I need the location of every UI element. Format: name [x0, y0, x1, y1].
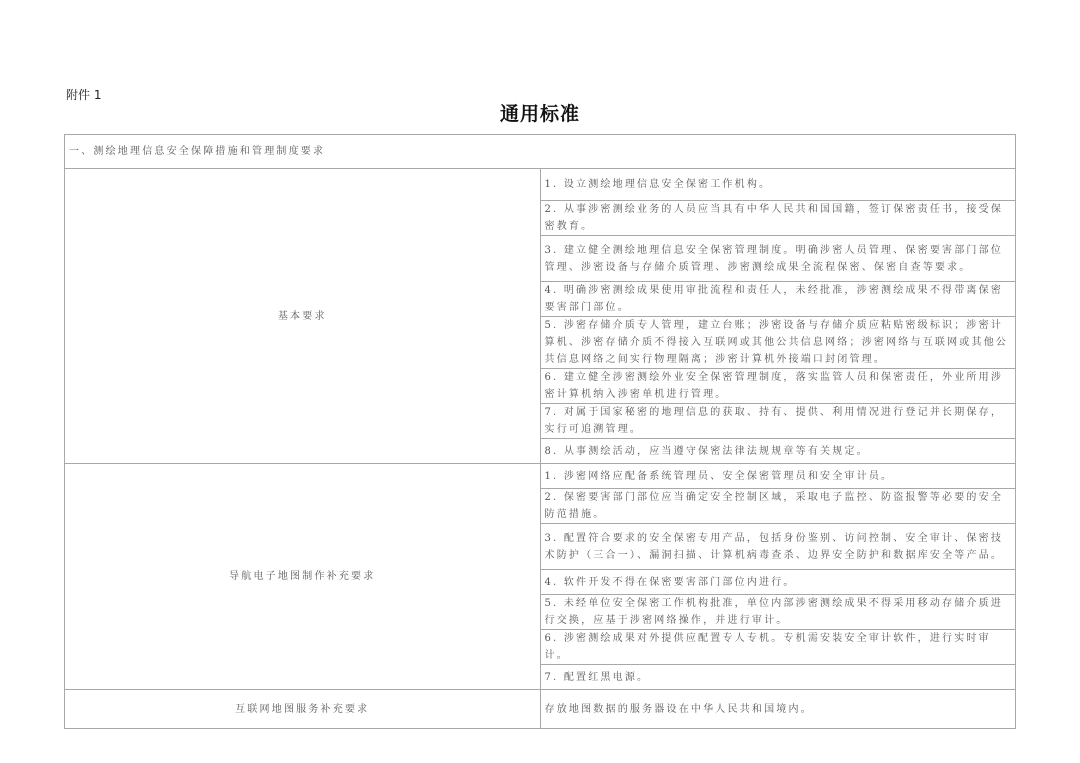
requirement-item: 5. 未经单位安全保密工作机构批准，单位内部涉密测绘成果不得采用移动存储介质进行… [540, 595, 1016, 630]
requirement-item: 1. 涉密网络应配备系统管理员、安全保密管理员和安全审计员。 [540, 464, 1016, 489]
requirement-item: 3. 建立健全测绘地理信息安全保密管理制度。明确涉密人员管理、保密要害部门部位管… [540, 236, 1016, 282]
requirement-item: 6. 涉密测绘成果对外提供应配置专人专机。专机需安装安全审计软件，进行实时审计。 [540, 630, 1016, 665]
category-basic-requirements: 基本要求 [65, 169, 541, 464]
document-title: 通用标准 [0, 99, 1080, 126]
requirement-item: 7. 对属于国家秘密的地理信息的获取、持有、提供、利用情况进行登记并长期保存，实… [540, 404, 1016, 439]
section-heading: 一、测绘地理信息安全保障措施和管理制度要求 [65, 135, 1016, 169]
requirement-item: 4. 明确涉密测绘成果使用审批流程和责任人，未经批准，涉密测绘成果不得带离保密要… [540, 282, 1016, 317]
requirement-item: 5. 涉密存储介质专人管理，建立台账；涉密设备与存储介质应粘贴密级标识；涉密计算… [540, 317, 1016, 369]
category-navigation-map-requirements: 导航电子地图制作补充要求 [65, 464, 541, 690]
requirement-item: 3. 配置符合要求的安全保密专用产品，包括身份鉴别、访问控制、安全审计、保密技术… [540, 524, 1016, 570]
requirement-item: 6. 建立健全涉密测绘外业安全保密管理制度，落实监管人员和保密责任，外业所用涉密… [540, 369, 1016, 404]
requirement-item: 4. 软件开发不得在保密要害部门部位内进行。 [540, 570, 1016, 595]
requirement-item: 2. 保密要害部门部位应当确定安全控制区域，采取电子监控、防盗报警等必要的安全防… [540, 489, 1016, 524]
page-margin [0, 690, 1080, 763]
requirement-item: 2. 从事涉密测绘业务的人员应当具有中华人民共和国国籍，签订保密责任书，接受保密… [540, 201, 1016, 236]
requirement-item: 7. 配置红黑电源。 [540, 665, 1016, 690]
standards-table: 一、测绘地理信息安全保障措施和管理制度要求 基本要求 1. 设立测绘地理信息安全… [64, 134, 1016, 729]
requirement-item: 1. 设立测绘地理信息安全保密工作机构。 [540, 169, 1016, 201]
requirement-item: 8. 从事测绘活动，应当遵守保密法律法规规章等有关规定。 [540, 439, 1016, 464]
